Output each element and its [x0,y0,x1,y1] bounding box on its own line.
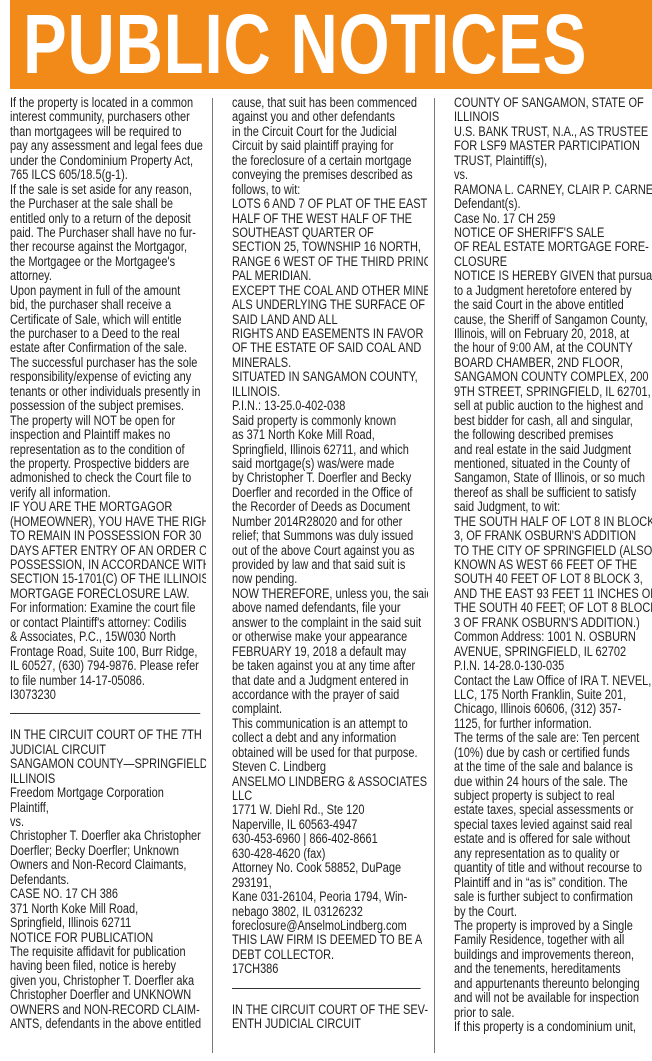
notice-text-line: admonished to check the Court file to [10,471,206,485]
notice-text-line: DEBT COLLECTOR. [232,948,428,962]
notice-text-line: The terms of the sale are: Ten percent [454,731,651,745]
notice-text-line: IN THE CIRCUIT COURT OF THE SEV- [232,1003,428,1017]
notice-text-line: If this property is a condominium unit, [454,1020,651,1034]
notice-text-line: 630-428-4620 (fax) [232,847,428,861]
notice-text-line: accordance with the prayer of said [232,688,428,702]
notice-text-line: said Judgment, to wit: [454,500,651,514]
notice-text-line: the Purchaser at the sale shall be [10,197,206,211]
notice-text-line: buildings and improvements thereon, [454,948,651,962]
notice-text-line: collect a debt and any information [232,731,428,745]
column-1-text: If the property is located in a commonin… [10,96,206,1032]
notice-text-line: vs. [454,168,651,182]
notice-text-line: TRUST, Plaintiff(s), [454,154,651,168]
notice-text-line: Naperville, IL 60563-4947 [232,818,428,832]
notice-text-line: ANTS, defendants in the above entitled [10,1017,206,1031]
notice-text-line: the hour of 9:00 AM, at the COUNTY [454,341,651,355]
notice-text-line: MINERALS. [232,356,428,370]
notice-text-line: the said Court in the above entitled [454,298,651,312]
notice-text-line: ALS UNDERLYING THE SURFACE OF [232,298,428,312]
notice-text-line: If the property is located in a common [10,96,206,110]
notice-text-line: to file number 14-17-05086. [10,674,206,688]
notice-text-line: NOTICE FOR PUBLICATION [10,931,206,945]
notice-text-line: pay any assessment and legal fees due [10,139,206,153]
notice-text-line: IL 60527, (630) 794-9876. Please refer [10,659,206,673]
section-header-banner: PUBLIC NOTICES [10,0,652,89]
notice-text-line: best bidder for cash, all and singular, [454,414,651,428]
notice-text-line: OWNERS and NON-RECORD CLAIM- [10,1003,206,1017]
notice-text-line: 371 North Koke Mill Road, [10,902,206,916]
notice-text-line: Springfield, Illinois 62711, and which [232,443,428,457]
notice-text-line: The property will NOT be open for [10,414,206,428]
legal-notice-block: COUNTY OF SANGAMON, STATE OFILLINOISU.S.… [454,96,651,1034]
notice-text-line: Said property is commonly known [232,414,428,428]
notice-text-line: by the Court. [454,905,651,919]
notice-text-line: the Recorder of Deeds as Document [232,500,428,514]
column-2-text: cause, that suit has been commencedagain… [232,96,428,1032]
notice-text-line: having been filed, notice is hereby [10,959,206,973]
notice-text-line: COUNTY OF SANGAMON, STATE OF [454,96,651,110]
notice-text-line: verify all information. [10,486,206,500]
notice-text-line: in the Circuit Court for the Judicial [232,125,428,139]
page-title: PUBLIC NOTICES [23,2,587,86]
notice-text-line: mentioned, situated in the County of [454,457,651,471]
notice-text-line: I3073230 [10,688,206,702]
notice-text-line: THE SOUTH 40 FEET; OF LOT 8 BLOCK [454,601,651,615]
notice-text-line: This communication is an attempt to [232,717,428,731]
notice-text-line: to a Judgment heretofore entered by [454,284,651,298]
notice-text-line: estate after Confirmation of the sale. [10,341,206,355]
notice-text-line: POSSESSION, IN ACCORDANCE WITH [10,558,206,572]
notice-text-line: SAID LAND AND ALL [232,313,428,327]
column-3-text: COUNTY OF SANGAMON, STATE OFILLINOISU.S.… [454,96,651,1034]
notice-text-line: KNOWN AS WEST 66 FEET OF THE [454,558,651,572]
notice-text-line: Contact the Law Office of IRA T. NEVEL, [454,674,651,688]
notice-text-line: inspection and Plaintiff makes no [10,428,206,442]
notice-text-line: possession of the subject premises. [10,399,206,413]
notice-text-line: RIGHTS AND EASEMENTS IN FAVOR [232,327,428,341]
notice-text-line: 17CH386 [232,962,428,976]
notice-separator-rule [10,713,200,714]
legal-notice-block: cause, that suit has been commencedagain… [232,96,428,977]
notice-text-line: foreclosure@AnselmoLindberg.com [232,919,428,933]
notice-text-line: relief; that Summons was duly issued [232,529,428,543]
notice-text-line: ILLINOIS [454,110,651,124]
notice-text-line: entitled only to a return of the deposit [10,212,206,226]
notice-text-line: estate taxes, special assessments or [454,803,651,817]
notice-text-line: SITUATED IN SANGAMON COUNTY, [232,370,428,384]
notice-text-line: 3 OF FRANK OSBURN'S ADDITION.) [454,616,651,630]
column-divider [434,98,435,1053]
notice-text-line: Christopher T. Doerfler aka Christopher [10,829,206,843]
column-2: cause, that suit has been commencedagain… [232,96,428,1051]
notice-text-line: EXCEPT THE COAL AND OTHER MINER- [232,284,428,298]
notice-text-line: ENTH JUDICIAL CIRCUIT [232,1017,428,1031]
notice-text-line: LOTS 6 AND 7 OF PLAT OF THE EAST [232,197,428,211]
notice-text-line: TO REMAIN IN POSSESSION FOR 30 [10,529,206,543]
column-3: COUNTY OF SANGAMON, STATE OFILLINOISU.S.… [454,96,652,1051]
notice-text-line: conveying the premises described as [232,168,428,182]
notice-text-line: Case No. 17 CH 259 [454,212,651,226]
notice-text-line: OF THE ESTATE OF SAID COAL AND [232,341,428,355]
notice-text-line: by Christopher T. Doerfler and Becky [232,471,428,485]
notice-text-line: For information: Examine the court file [10,601,206,615]
notice-text-line: now pending. [232,572,428,586]
notice-text-line: SECTION 25, TOWNSHIP 16 NORTH, [232,240,428,254]
notice-text-line: Defendant(s). [454,197,651,211]
notice-text-line: 1125, for further information. [454,717,651,731]
notice-text-line: HALF OF THE WEST HALF OF THE [232,212,428,226]
notice-text-line: estate and is offered for sale without [454,832,651,846]
notice-text-line: CASE NO. 17 CH 386 [10,887,206,901]
notice-text-line: RAMONA L. CARNEY, CLAIR P. CARNEY, [454,183,651,197]
notice-text-line: JUDICIAL CIRCUIT [10,743,206,757]
notice-text-line: or contact Plaintiff's attorney: Codilis [10,616,206,630]
notice-text-line: special taxes levied against said real [454,818,651,832]
notice-text-line: the purchaser to a Deed to the real [10,327,206,341]
column-divider [212,98,213,1053]
notice-text-line: and will not be available for inspection [454,991,651,1005]
notice-text-line: Chicago, Illinois 60606, (312) 357- [454,702,651,716]
notice-text-line: Illinois, will on February 20, 2018, at [454,327,651,341]
notice-text-line: obtained will be used for that purpose. [232,746,428,760]
notice-text-line: thereof as shall be sufficient to satisf… [454,486,651,500]
notice-text-line: DAYS AFTER ENTRY OF AN ORDER OF [10,544,206,558]
notice-text-line: Freedom Mortgage Corporation [10,786,206,800]
legal-notice-block: IN THE CIRCUIT COURT OF THE SEV-ENTH JUD… [232,1003,428,1032]
notice-text-line: & Associates, P.C., 15W030 North [10,630,206,644]
notice-text-line: Steven C. Lindberg [232,760,428,774]
notice-text-line: 293191, [232,876,428,890]
notice-text-line: Family Residence, together with all [454,933,651,947]
notice-text-line: provided by law and that said suit is [232,558,428,572]
notice-text-line: OF REAL ESTATE MORTGAGE FORE- [454,240,651,254]
notice-text-line: the foreclosure of a certain mortgage [232,154,428,168]
notice-text-line: Certificate of Sale, which will entitle [10,313,206,327]
notice-text-line: cause, that suit has been commenced [232,96,428,110]
notice-text-line: Number 2014R28020 and for other [232,515,428,529]
notice-text-line: 630-453-6960 | 866-402-8661 [232,832,428,846]
legal-notice-block: IN THE CIRCUIT COURT OF THE 7THJUDICIAL … [10,728,206,1031]
notice-text-line: and appurtenants thereunto belonging [454,977,651,991]
notice-text-line: Defendants. [10,873,206,887]
notice-text-line: vs. [10,815,206,829]
notice-text-line: CLOSURE [454,255,651,269]
notice-text-line: quantity of title and without recourse t… [454,861,651,875]
notice-text-line: SANGAMON COUNTY—SPRINGFIELD, [10,757,206,771]
notice-text-line: the property. Prospective bidders are [10,457,206,471]
notice-text-line: the following described premises [454,428,651,442]
notice-text-line: given you, Christopher T. Doerfler aka [10,974,206,988]
notice-text-line: Attorney No. Cook 58852, DuPage [232,861,428,875]
notice-text-line: The property is improved by a Single [454,919,651,933]
notice-text-line: Sangamon, State of Illinois, or so much [454,471,651,485]
notice-text-line: Circuit by said plaintiff praying for [232,139,428,153]
notice-text-line: any representation as to quality or [454,847,651,861]
notice-text-line: follows, to wit: [232,183,428,197]
notice-text-line: sale is further subject to confirmation [454,890,651,904]
notice-text-line: IF YOU ARE THE MORTGAGOR [10,500,206,514]
notice-text-line: Common Address: 1001 N. OSBURN [454,630,651,644]
notice-text-line: SANGAMON COUNTY COMPLEX, 200 S. [454,370,651,384]
notice-text-line: sell at public auction to the highest an… [454,399,651,413]
notice-text-line: THIS LAW FIRM IS DEEMED TO BE A [232,933,428,947]
notice-text-line: Frontage Road, Suite 100, Burr Ridge, [10,645,206,659]
notice-text-line: P.I.N. 14-28.0-130-035 [454,659,651,673]
notice-text-line: subject property is subject to real [454,789,651,803]
notice-text-line: NOW THEREFORE, unless you, the said [232,587,428,601]
notice-text-line: the Mortgagee or the Mortgagee's [10,255,206,269]
notice-text-line: attorney. [10,269,206,283]
notice-text-line: at the time of the sale and balance is [454,760,651,774]
legal-notice-block: If the property is located in a commonin… [10,96,206,702]
notice-text-line: above named defendants, file your [232,601,428,615]
notice-text-line: or otherwise make your appearance [232,630,428,644]
notice-text-line: If the sale is set aside for any reason, [10,183,206,197]
notice-text-line: as 371 North Koke Mill Road, [232,428,428,442]
notice-text-line: SOUTH 40 FEET OF LOT 8 BLOCK 3, [454,572,651,586]
notice-text-line: LLC [232,789,428,803]
notice-text-line: Christopher Doerfler and UNKNOWN [10,988,206,1002]
notice-text-line: ILLINOIS. [232,385,428,399]
notice-text-line: against you and other defendants [232,110,428,124]
notice-text-line: Plaintiff and in “as is” condition. The [454,876,651,890]
notice-text-line: The requisite affidavit for publication [10,945,206,959]
notice-text-line: that date and a Judgment entered in [232,674,428,688]
notice-text-line: ANSELMO LINDBERG & ASSOCIATES [232,775,428,789]
notice-text-line: FOR LSF9 MASTER PARTICIPATION [454,139,651,153]
notice-text-line: Upon payment in full of the amount [10,284,206,298]
notice-text-line: ther recourse against the Mortgagor, [10,240,206,254]
notice-text-line: cause, the Sheriff of Sangamon County, [454,313,651,327]
notice-text-line: under the Condominium Property Act, [10,154,206,168]
notice-text-line: Springfield, Illinois 62711 [10,916,206,930]
notice-text-line: tenants or other individuals presently i… [10,385,206,399]
notice-text-line: responsibility/expense of evicting any [10,370,206,384]
notice-text-line: Plaintiff, [10,801,206,815]
column-1: If the property is located in a commonin… [10,96,206,1051]
notice-text-line: MORTGAGE FORECLOSURE LAW. [10,587,206,601]
notice-text-line: due within 24 hours of the sale. The [454,775,651,789]
notice-text-line: bid, the purchaser shall receive a [10,298,206,312]
notice-text-line: out of the above Court against you as [232,544,428,558]
notice-text-line: prior to sale. [454,1006,651,1020]
notice-text-line: and the tenements, hereditaments [454,962,651,976]
notice-text-line: AVENUE, SPRINGFIELD, IL 62702 [454,645,651,659]
notice-text-line: U.S. BANK TRUST, N.A., AS TRUSTEE [454,125,651,139]
notice-text-line: interest community, purchasers other [10,110,206,124]
notice-text-line: be taken against you at any time after [232,659,428,673]
notice-text-line: (10%) due by cash or certified funds [454,746,651,760]
notice-text-line: NOTICE OF SHERIFF'S SALE [454,226,651,240]
notice-text-line: TO THE CITY OF SPRINGFIELD (ALSO [454,544,651,558]
notice-text-line: Doerfler; Becky Doerfler; Unknown [10,844,206,858]
notice-text-line: IN THE CIRCUIT COURT OF THE 7TH [10,728,206,742]
notice-text-line: 1771 W. Diehl Rd., Ste 120 [232,803,428,817]
notice-text-line: 9TH STREET, SPRINGFIELD, IL 62701, [454,385,651,399]
notice-text-line: SOUTHEAST QUARTER OF [232,226,428,240]
notice-text-line: SECTION 15-1701(C) OF THE ILLINOIS [10,572,206,586]
notice-text-line: representation as to the condition of [10,443,206,457]
notice-text-line: nebago 3802, IL 03126232 [232,905,428,919]
notice-text-line: and real estate in the said Judgment [454,443,651,457]
notice-text-line: paid. The Purchaser shall have no fur- [10,226,206,240]
notice-text-line: (HOMEOWNER), YOU HAVE THE RIGHT [10,515,206,529]
notice-separator-rule [232,988,421,989]
notice-text-line: Owners and Non-Record Claimants, [10,858,206,872]
notice-text-line: Doerfler and recorded in the Office of [232,486,428,500]
notice-text-line: AND THE EAST 93 FEET 11 INCHES OF [454,587,651,601]
notice-text-line: FEBRUARY 19, 2018 a default may [232,645,428,659]
notice-text-line: RANGE 6 WEST OF THE THIRD PRINCI- [232,255,428,269]
notice-text-line: than mortgagees will be required to [10,125,206,139]
notice-text-line: complaint. [232,702,428,716]
notice-text-line: ILLINOIS [10,772,206,786]
notice-text-line: 765 ILCS 605/18.5(g-1). [10,168,206,182]
notice-text-line: LLC, 175 North Franklin, Suite 201, [454,688,651,702]
notice-text-line: said mortgage(s) was/were made [232,457,428,471]
notice-text-line: THE SOUTH HALF OF LOT 8 IN BLOCK [454,515,651,529]
notice-text-line: P.I.N.: 13-25.0-402-038 [232,399,428,413]
notice-text-line: Kane 031-26104, Peoria 1794, Win- [232,890,428,904]
notice-text-line: answer to the complaint in the said suit [232,616,428,630]
notice-text-line: NOTICE IS HEREBY GIVEN that pursuant [454,269,651,283]
notice-text-line: BOARD CHAMBER, 2ND FLOOR, [454,356,651,370]
notice-text-line: PAL MERIDIAN. [232,269,428,283]
notice-text-line: 3, OF FRANK OSBURN'S ADDITION [454,529,651,543]
notice-text-line: The successful purchaser has the sole [10,356,206,370]
